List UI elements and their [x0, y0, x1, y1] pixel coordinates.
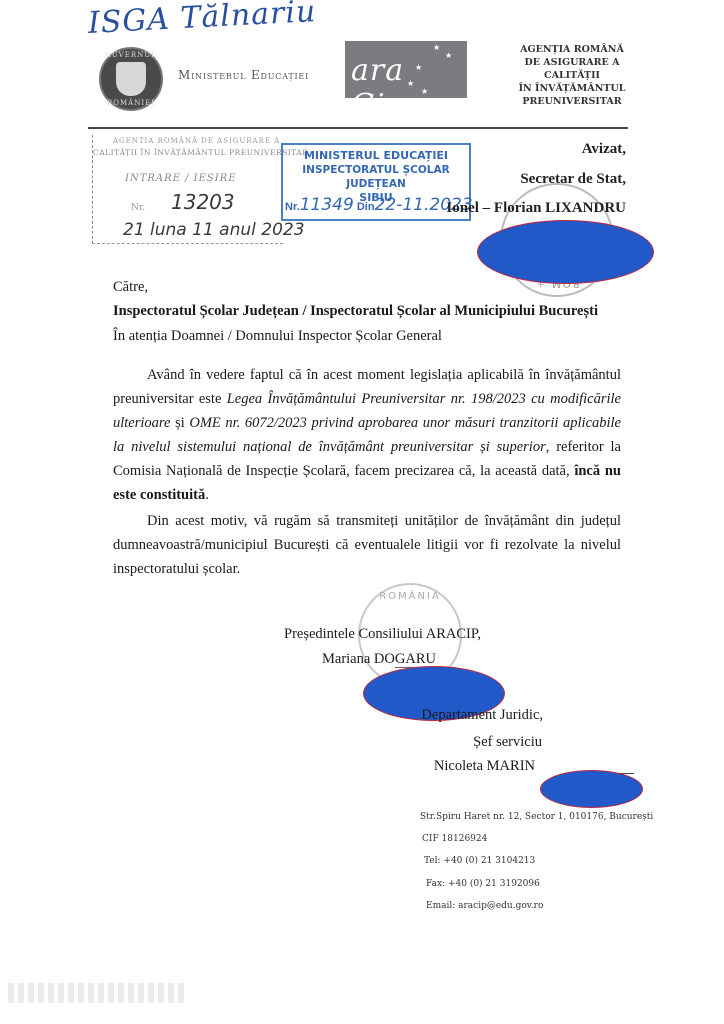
star-icon: ★ [433, 43, 440, 52]
addressee-name: Inspectoratul Școlar Județean / Inspecto… [113, 303, 598, 320]
register-number-label: Nr. [131, 203, 145, 213]
contact-address: Str.Spiru Haret nr. 12, Sector 1, 010176… [420, 812, 653, 822]
redaction-oval [540, 770, 643, 808]
department-title: Departament Juridic, [421, 707, 543, 724]
body-paragraph-1: Având în vedere faptul că în acest momen… [113, 363, 621, 507]
body-paragraph-2: Din acest motiv, vă rugăm să transmiteți… [113, 509, 621, 581]
aracip-wordmark: ara Cip [351, 53, 467, 123]
register-number: 13203 [171, 190, 235, 214]
inspectorate-registration: Nr.11349 Din22-11.2023 [285, 195, 473, 215]
seal-top-text: GUVERNUL [101, 51, 161, 59]
contact-email[interactable]: Email: aracip@edu.gov.ro [426, 901, 543, 911]
inspectorate-date-label: Din [357, 201, 375, 213]
contact-cif: CIF 18126924 [422, 834, 487, 844]
star-icon: ★ [415, 63, 422, 72]
approval-label: Avizat, [582, 141, 626, 158]
agency-name: AGENȚIA ROMÂNĂ DE ASIGURARE A CALITĂȚII … [488, 43, 656, 108]
header-divider [88, 127, 628, 129]
agency-name-line: DE ASIGURARE A [488, 56, 656, 69]
agency-name-line: AGENȚIA ROMÂNĂ [488, 43, 656, 56]
coat-of-arms-icon [116, 62, 146, 96]
agency-name-line: CALITĂȚII [488, 69, 656, 82]
register-stamp-title: INTRARE / IEȘIRE [125, 173, 237, 184]
inspectorate-nr-value: 11349 [300, 195, 354, 215]
contact-fax: Fax: +40 (0) 21 3192096 [426, 879, 540, 889]
inspectorate-stamp-line: MINISTERUL EDUCAȚIEI [283, 149, 469, 163]
seal-bottom-text: ROMÂNIEI [101, 99, 161, 107]
inspectorate-registration-stamp: MINISTERUL EDUCAȚIEI INSPECTORATUL ȘCOLA… [281, 143, 471, 221]
president-title: Președintele Consiliului ARACIP, [284, 626, 481, 643]
aracip-logo-icon: ara Cip ★ ★ ★ ★ ★ [345, 41, 467, 98]
chief-title: Șef serviciu [473, 734, 542, 751]
government-seal-icon: GUVERNUL ROMÂNIEI [99, 47, 163, 111]
faded-bleed-through [8, 983, 188, 1003]
handwritten-note: ISGA Tălnariu [87, 0, 317, 41]
inspectorate-nr-label: Nr. [285, 201, 300, 213]
chief-name: Nicoleta MARIN [434, 758, 535, 775]
inspectorate-stamp-line: INSPECTORATUL ȘCOLAR JUDEȚEAN [283, 163, 469, 191]
registration-stamp: AGENȚIA ROMÂNĂ DE ASIGURARE A CALITĂȚII … [92, 135, 283, 244]
agency-name-line: PREUNIVERSITAR [488, 95, 656, 108]
approver-name: Ionel – Florian LIXANDRU [446, 200, 626, 217]
contact-phone: Tel: +40 (0) 21 3104213 [424, 856, 535, 866]
attention-line: În atenția Doamnei / Domnului Inspector … [113, 328, 442, 345]
redaction-oval [477, 220, 654, 284]
approver-title: Secretar de Stat, [520, 171, 626, 188]
star-icon: ★ [445, 51, 452, 60]
agency-name-line: ÎN ÎNVĂȚĂMÂNTUL [488, 82, 656, 95]
register-date: 21 luna 11 anul 2023 [123, 220, 305, 240]
addressee-label: Către, [113, 279, 148, 296]
register-stamp-line2: CALITĂȚII ÎN ÎNVĂȚĂMÂNTUL PREUNIVERSITAR [93, 148, 308, 157]
star-icon: ★ [421, 87, 428, 96]
paragraph-segment: . [205, 487, 209, 503]
register-stamp-line1: AGENȚIA ROMÂNĂ DE ASIGURARE A [113, 137, 280, 145]
ministry-name: Ministerul Educației [178, 68, 309, 82]
president-name: Mariana DOGARU [322, 651, 436, 668]
star-icon: ★ [407, 79, 414, 88]
paragraph-segment: și [170, 415, 189, 431]
seal-text: ROMÂNIA [360, 591, 460, 602]
